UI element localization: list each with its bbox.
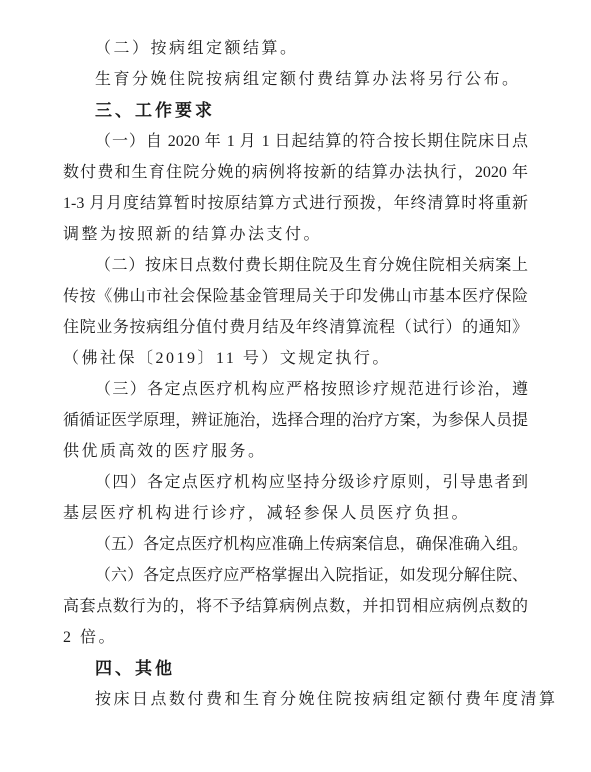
doc-line: 2 倍。	[63, 622, 528, 653]
doc-line: 住院业务按病组分值付费月结及年终清算流程（试行）的通知》	[63, 312, 528, 343]
doc-line: 调整为按照新的结算办法支付。	[63, 219, 528, 250]
doc-line: （六）各定点医疗应严格掌握出入院指证，如发现分解住院、	[63, 560, 528, 591]
doc-line: （三）各定点医疗机构应严格按照诊疗规范进行诊治，遵	[63, 374, 528, 405]
doc-line: 传按《佛山市社会保险基金管理局关于印发佛山市基本医疗保险	[63, 281, 528, 312]
doc-line: 供优质高效的医疗服务。	[63, 436, 528, 467]
doc-line: （二）按床日点数付费长期住院及生育分娩住院相关病案上	[63, 250, 528, 281]
doc-line: 按床日点数付费和生育分娩住院按病组定额付费年度清算	[63, 684, 528, 715]
doc-line: 1-3 月月度结算暂时按原结算方式进行预拨，年终清算时将重新	[63, 188, 528, 219]
doc-line: 高套点数行为的，将不予结算病例点数，并扣罚相应病例点数的	[63, 591, 528, 622]
heading-work-requirements: 三、工作要求	[63, 95, 528, 126]
doc-line: （二）按病组定额结算。	[63, 33, 528, 64]
doc-line: （佛社保〔2019〕11 号）文规定执行。	[63, 343, 528, 374]
doc-line: （四）各定点医疗机构应坚持分级诊疗原则，引导患者到	[63, 467, 528, 498]
document-body: （二）按病组定额结算。 生育分娩住院按病组定额付费结算办法将另行公布。 三、工作…	[63, 33, 528, 715]
doc-line: 基层医疗机构进行诊疗，减轻参保人员医疗负担。	[63, 498, 528, 529]
document-page: （二）按病组定额结算。 生育分娩住院按病组定额付费结算办法将另行公布。 三、工作…	[0, 0, 591, 772]
heading-other: 四、其他	[63, 653, 528, 684]
doc-line: 生育分娩住院按病组定额付费结算办法将另行公布。	[63, 64, 528, 95]
doc-line: 循循证医学原理，辨证施治，选择合理的治疗方案，为参保人员提	[63, 405, 528, 436]
doc-line: （一）自 2020 年 1 月 1 日起结算的符合按长期住院床日点	[63, 126, 528, 157]
doc-line: （五）各定点医疗机构应准确上传病案信息，确保准确入组。	[63, 529, 528, 560]
doc-line: 数付费和生育住院分娩的病例将按新的结算办法执行，2020 年	[63, 157, 528, 188]
